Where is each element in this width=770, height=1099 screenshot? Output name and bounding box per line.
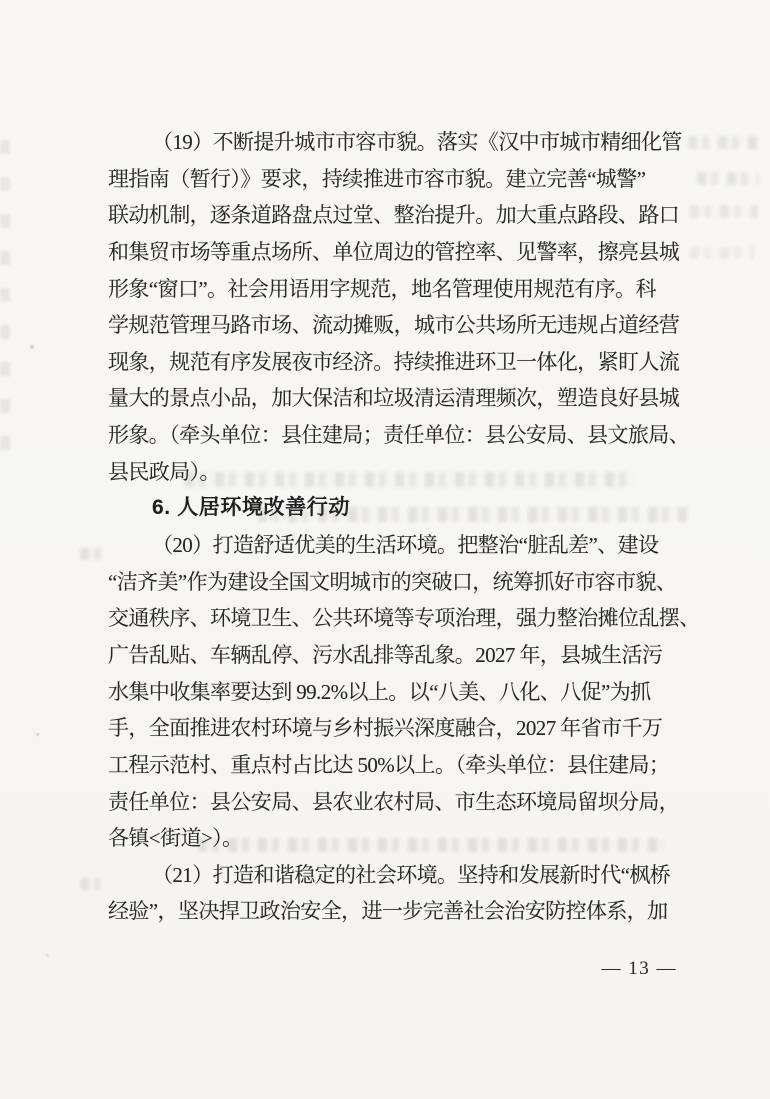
text-line: 量大的景点小品，加大保洁和垃圾清运清理频次，塑造良好县城 xyxy=(108,380,680,417)
text-line: 和集贸市场等重点场所、单位周边的管控率、见警率，擦亮县城 xyxy=(108,234,680,271)
text-line: 工程示范村、重点村占比达 50%以上。（牵头单位：县住建局； xyxy=(108,747,680,784)
text-line: 学规范管理马路市场、流动摊贩，城市公共场所无违规占道经营 xyxy=(108,307,680,344)
bleedthrough-artifact xyxy=(198,838,663,852)
scan-speck xyxy=(36,733,39,736)
binding-edge-bleed-artifact xyxy=(0,140,10,450)
document-body: （19）不断提升城市市容市貌。落实《汉中市城市精细化管 理指南（暂行）》要求，持… xyxy=(108,124,680,930)
text-line: “洁齐美”作为建设全国文明城市的突破口，统筹抓好市容市貌、 xyxy=(108,564,680,601)
bleedthrough-artifact xyxy=(688,136,760,149)
bleedthrough-artifact xyxy=(690,205,758,218)
bleedthrough-artifact xyxy=(690,247,754,259)
bleedthrough-artifact xyxy=(185,472,635,487)
page-number: — 13 — xyxy=(0,958,677,980)
paragraph-19-line: （19）不断提升城市市容市貌。落实《汉中市城市精细化管 xyxy=(108,124,680,161)
bleedthrough-artifact xyxy=(258,507,688,522)
bleedthrough-artifact xyxy=(80,548,106,560)
text-line: 手，全面推进农村环境与乡村振兴深度融合，2027 年省市千万 xyxy=(108,710,680,747)
text-line: 交通秩序、环境卫生、公共环境等专项治理，强力整治摊位乱摆、 xyxy=(108,600,680,637)
text-line: 理指南（暂行）》要求，持续推进市容市貌。建立完善“城警” xyxy=(108,161,680,198)
text-line: 水集中收集率要达到 99.2%以上。以“八美、八化、八促”为抓 xyxy=(108,674,680,711)
scan-speck xyxy=(30,345,34,349)
paragraph-20-line: （20）打造舒适优美的生活环境。把整治“脏乱差”、建设 xyxy=(108,527,680,564)
text-line: 经验”，坚决捍卫政治安全，进一步完善社会治安防控体系，加 xyxy=(108,893,680,930)
bleedthrough-artifact xyxy=(697,172,759,185)
text-line: 形象“窗口”。社会用语用字规范，地名管理使用规范有序。科 xyxy=(108,271,680,308)
scanned-document-page: （19）不断提升城市市容市貌。落实《汉中市城市精细化管 理指南（暂行）》要求，持… xyxy=(0,0,770,1099)
scan-speck xyxy=(46,954,49,957)
text-line: 广告乱贴、车辆乱停、污水乱排等乱象。2027 年，县城生活污 xyxy=(108,637,680,674)
text-line: 联动机制，逐条道路盘点过堂、整治提升。加大重点路段、路口 xyxy=(108,197,680,234)
text-line: 责任单位：县公安局、县农业农村局、市生态环境局留坝分局， xyxy=(108,784,680,821)
paragraph-21-line: （21）打造和谐稳定的社会环境。坚持和发展新时代“枫桥 xyxy=(108,857,680,894)
bleedthrough-artifact xyxy=(80,878,104,890)
text-line: 形象。（牵头单位：县住建局；责任单位：县公安局、县文旅局、 xyxy=(108,417,680,454)
text-line: 现象，规范有序发展夜市经济。持续推进环卫一体化，紧盯人流 xyxy=(108,344,680,381)
